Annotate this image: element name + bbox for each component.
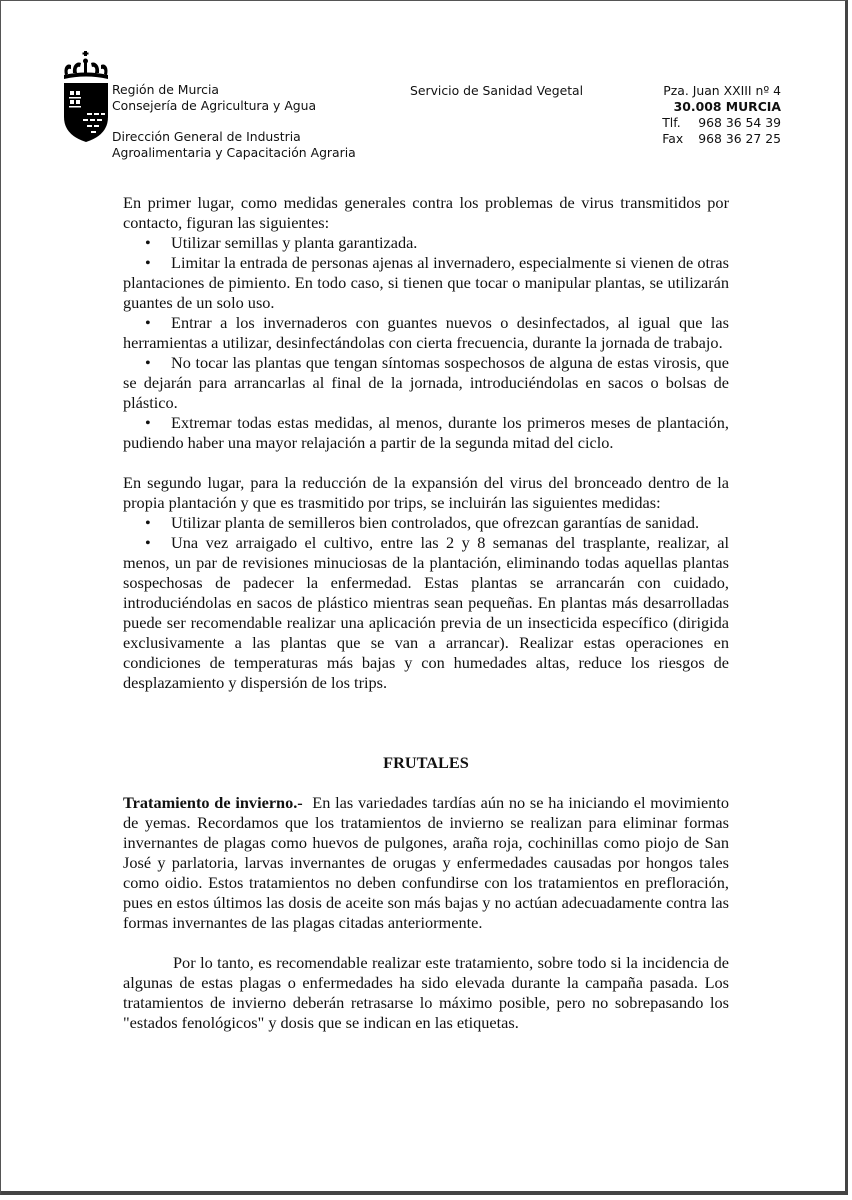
section2-bullet-list: •Utilizar planta de semilleros bien cont…	[123, 513, 729, 693]
list-item: •Utilizar semillas y planta garantizada.	[123, 233, 729, 253]
subheading-winter-treatment: Tratamiento de invierno.-	[123, 793, 303, 812]
org-department: Consejería de Agricultura y Agua	[112, 98, 356, 114]
header-address: Pza. Juan XXIII nº 4 30.008 MURCIA Tlf. …	[662, 83, 781, 147]
address-phone: Tlf. 968 36 54 39	[662, 115, 781, 131]
section2-intro: En segundo lugar, para la reducción de l…	[123, 473, 729, 513]
list-item: •No tocar las plantas que tengan síntoma…	[123, 353, 729, 413]
phone-label: Tlf.	[662, 115, 698, 131]
address-street: Pza. Juan XXIII nº 4	[662, 83, 781, 99]
section1-bullet-list: •Utilizar semillas y planta garantizada.…	[123, 233, 729, 453]
list-item: •Limitar la entrada de personas ajenas a…	[123, 253, 729, 313]
org-name: Región de Murcia	[112, 82, 356, 98]
phone-number: 968 36 54 39	[698, 115, 781, 131]
address-city: 30.008 MURCIA	[662, 99, 781, 115]
directorate-line-1: Dirección General de Industria	[112, 129, 356, 145]
coat-of-arms-icon	[61, 51, 111, 143]
bullet-icon: •	[123, 353, 171, 373]
bullet-icon: •	[123, 233, 171, 253]
document-body: En primer lugar, como medidas generales …	[123, 193, 729, 1033]
bullet-icon: •	[123, 513, 171, 533]
bullet-icon: •	[123, 253, 171, 273]
section1-intro: En primer lugar, como medidas generales …	[123, 193, 729, 233]
list-item: •Entrar a los invernaderos con guantes n…	[123, 313, 729, 353]
directorate-line-2: Agroalimentaria y Capacitación Agraria	[112, 145, 356, 161]
frutales-paragraph-2: Por lo tanto, es recomendable realizar e…	[123, 953, 729, 1033]
header-organization: Región de Murcia Consejería de Agricultu…	[112, 82, 356, 161]
list-item: •Extremar todas estas medidas, al menos,…	[123, 413, 729, 453]
fax-number: 968 36 27 25	[698, 131, 781, 147]
bullet-icon: •	[123, 413, 171, 433]
document-page: Región de Murcia Consejería de Agricultu…	[0, 0, 848, 1195]
bullet-icon: •	[123, 313, 171, 333]
address-fax: Fax 968 36 27 25	[662, 131, 781, 147]
list-item: •Utilizar planta de semilleros bien cont…	[123, 513, 729, 533]
section-heading-frutales: FRUTALES	[123, 753, 729, 773]
frutales-paragraph-1: Tratamiento de invierno.- En las varieda…	[123, 793, 729, 933]
list-item: •Una vez arraigado el cultivo, entre las…	[123, 533, 729, 693]
header-service: Servicio de Sanidad Vegetal	[410, 83, 583, 99]
fax-label: Fax	[662, 131, 698, 147]
bullet-icon: •	[123, 533, 171, 553]
